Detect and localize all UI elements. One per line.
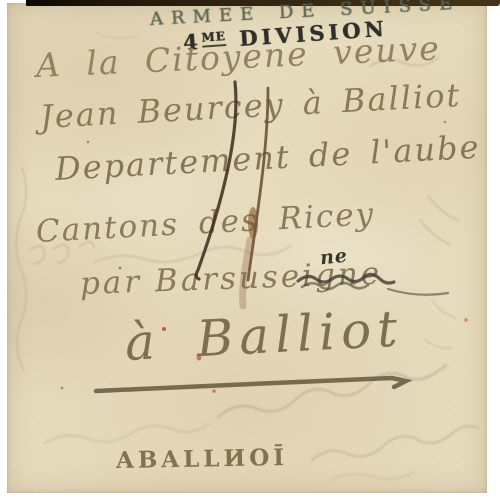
route-correction: ne — [319, 245, 349, 270]
mirror-showthrough-text: ABALLИOĪ — [116, 444, 288, 474]
letter-photo: ARMEE DE SUISSE 4ME DIVISION A la Citoye… — [0, 0, 500, 500]
